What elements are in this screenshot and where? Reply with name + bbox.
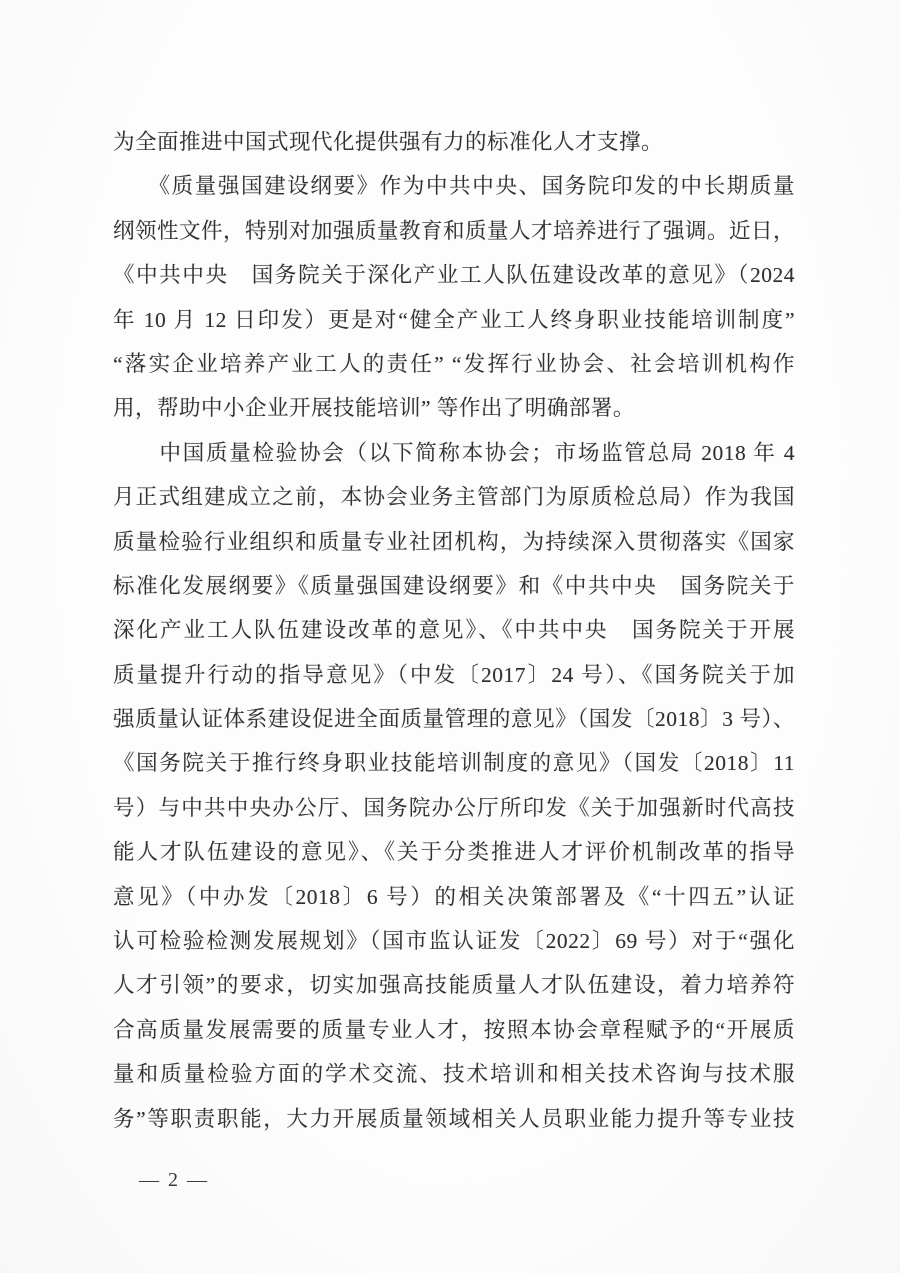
text-line: 认可检验检测发展规划》（国市监认证发〔2022〕69 号）对于“强化: [113, 919, 795, 963]
text-line: 质量检验行业组织和质量专业社团机构，为持续深入贯彻落实《国家: [113, 520, 795, 564]
text-line: 为全面推进中国式现代化提供强有力的标准化人才支撑。: [113, 120, 795, 164]
text-line: 用，帮助中小企业开展技能培训” 等作出了明确部署。: [113, 386, 795, 430]
document-text-block: 为全面推进中国式现代化提供强有力的标准化人才支撑。 《质量强国建设纲要》作为中共…: [113, 120, 795, 1141]
text-line: 意见》（中办发〔2018〕6 号）的相关决策部署及《“十四五”认证: [113, 875, 795, 919]
text-line: 《质量强国建设纲要》作为中共中央、国务院印发的中长期质量: [113, 164, 795, 208]
document-page: 为全面推进中国式现代化提供强有力的标准化人才支撑。 《质量强国建设纲要》作为中共…: [0, 0, 900, 1273]
text-line: 质量提升行动的指导意见》（中发〔2017〕24 号）、《国务院关于加: [113, 653, 795, 697]
page-number: — 2 —: [139, 1169, 209, 1192]
text-line: 《中共中央 国务院关于深化产业工人队伍建设改革的意见》（2024: [113, 253, 795, 297]
text-line: 深化产业工人队伍建设改革的意见》、《中共中央 国务院关于开展: [113, 608, 795, 652]
text-line: 合高质量发展需要的质量专业人才，按照本协会章程赋予的“开展质: [113, 1008, 795, 1052]
text-line: 中国质量检验协会（以下简称本协会；市场监管总局 2018 年 4: [113, 431, 795, 475]
text-line: 量和质量检验方面的学术交流、技术培训和相关技术咨询与技术服: [113, 1052, 795, 1096]
text-line: 年 10 月 12 日印发）更是对“健全产业工人终身职业技能培训制度”: [113, 298, 795, 342]
text-line: 能人才队伍建设的意见》、《关于分类推进人才评价机制改革的指导: [113, 830, 795, 874]
text-line: 《国务院关于推行终身职业技能培训制度的意见》（国发〔2018〕11: [113, 741, 795, 785]
text-line: 标准化发展纲要》《质量强国建设纲要》和《中共中央 国务院关于: [113, 564, 795, 608]
text-line: “落实企业培养产业工人的责任” “发挥行业协会、社会培训机构作: [113, 342, 795, 386]
text-line: 务”等职责职能，大力开展质量领域相关人员职业能力提升等专业技: [113, 1097, 795, 1141]
text-line: 纲领性文件，特别对加强质量教育和质量人才培养进行了强调。近日，: [113, 209, 795, 253]
text-line: 强质量认证体系建设促进全面质量管理的意见》（国发〔2018〕3 号）、: [113, 697, 795, 741]
text-line: 号）与中共中央办公厅、国务院办公厅所印发《关于加强新时代高技: [113, 786, 795, 830]
text-line: 月正式组建成立之前，本协会业务主管部门为原质检总局）作为我国: [113, 475, 795, 519]
text-line: 人才引领”的要求，切实加强高技能质量人才队伍建设，着力培养符: [113, 963, 795, 1007]
